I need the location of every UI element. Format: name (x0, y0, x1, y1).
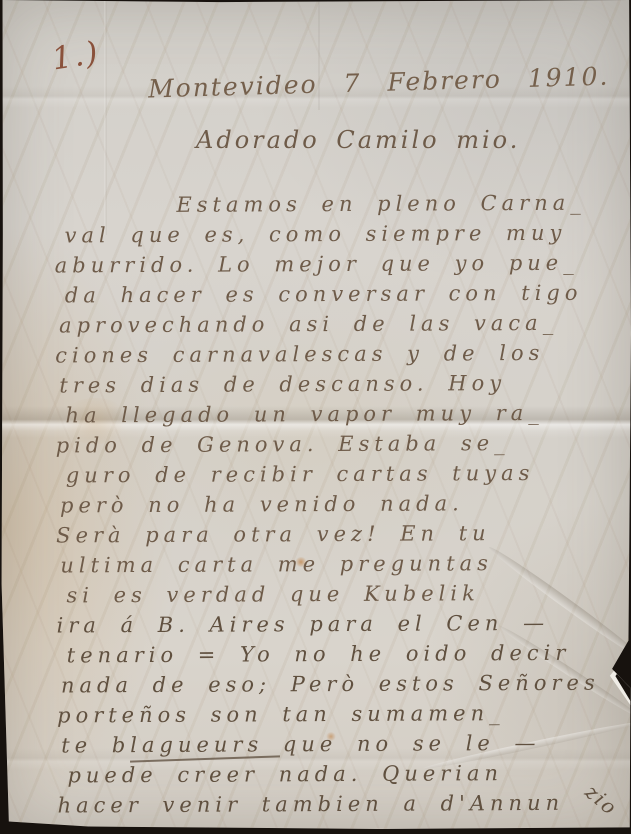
letter-line: hacer venir tambien a d'Annun (57, 791, 617, 824)
page-number: 1.) (49, 34, 102, 77)
letter-line: te blagueurs que no se le — (61, 731, 621, 764)
letter-line: aprovechando asi de las vaca_ (59, 311, 619, 344)
letter-line: Estamos en pleno Carna_ (58, 191, 618, 224)
letter-line: puede creer nada. Querian (67, 760, 627, 793)
letter-line: tenario = Yo no he oido decir (67, 641, 627, 674)
letter-line: pido de Genova. Estaba se_ (56, 431, 616, 464)
letter-paper: 1.) Montevideo 7 Febrero 1910. Adorado C… (0, 0, 631, 834)
salutation: Adorado Camilo mio. (196, 126, 520, 154)
dateline: Montevideo 7 Febrero 1910. (148, 62, 610, 104)
letter-line: ciones carnavalescas y de los (55, 341, 615, 374)
letter-line: Serà para otra vez! En tu (56, 521, 616, 554)
letter-line: guro de recibir cartas tuyas (66, 461, 626, 494)
letter-line: ira á B. Aires para el Cen — (57, 611, 617, 644)
letter-line: nada de eso; Però estos Señores (61, 671, 621, 704)
letter-line: si es verdad que Kubelik (66, 581, 626, 614)
letter-photo: 1.) Montevideo 7 Febrero 1910. Adorado C… (0, 0, 631, 834)
letter-line: tres dias de descanso. Hoy (59, 371, 619, 404)
letter-line: ultima carta me preguntas (60, 551, 620, 584)
letter-line: porteños son tan sumamen_ (57, 701, 617, 734)
letter-body: Estamos en pleno Carna_ val que es, como… (58, 191, 621, 824)
letter-line: da hacer es conversar con tigo (65, 281, 625, 314)
letter-line: però no ha venido nada. (60, 491, 620, 524)
letter-line: ha llegado un vapor muy ra_ (65, 401, 625, 434)
letter-line: aburrido. Lo mejor que yo pue_ (55, 251, 615, 284)
letter-line: val que es, como siempre muy (65, 221, 625, 254)
